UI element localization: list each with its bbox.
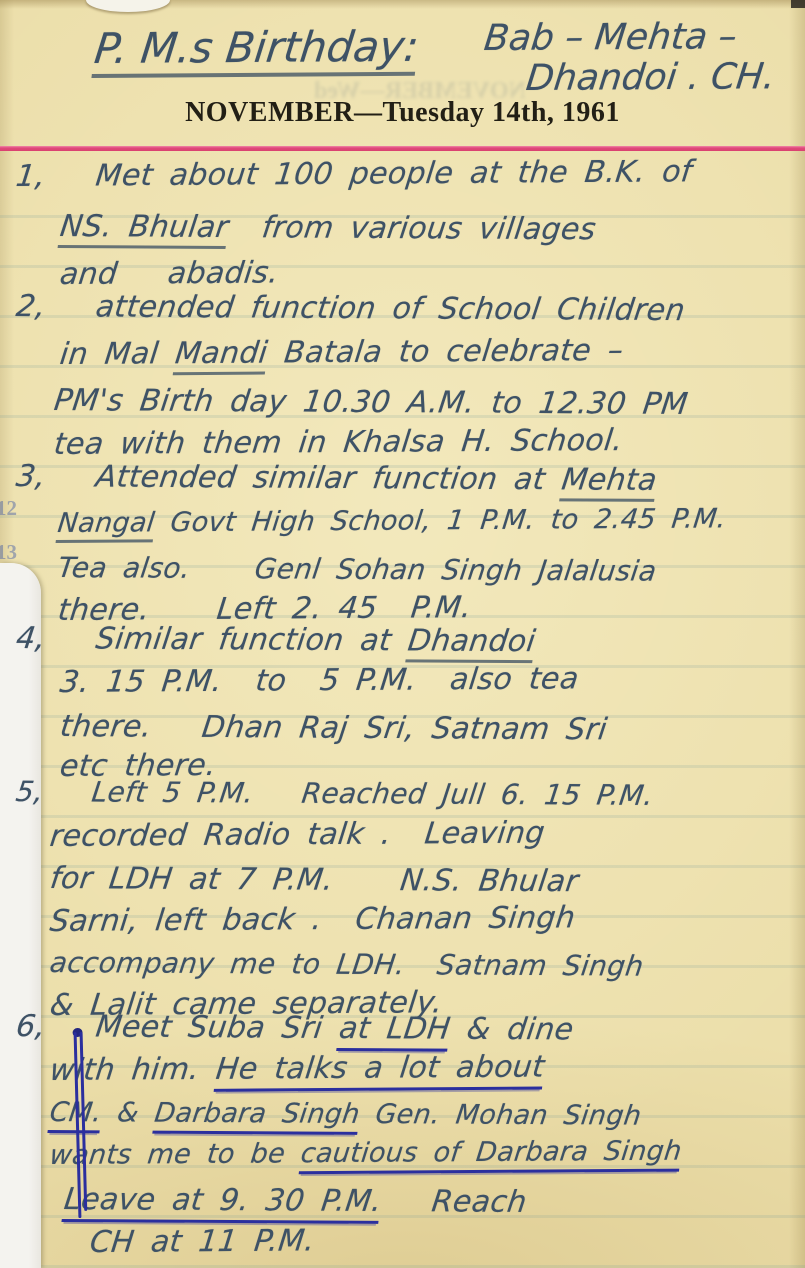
- handwriting-segment: at LDH: [336, 1011, 452, 1052]
- handwritten-line: Sarni, left back . Chanan Singh: [48, 901, 577, 939]
- page-edge-number: 13: [0, 540, 17, 565]
- handwriting-segment: cautious of Darbara Singh: [299, 1136, 684, 1175]
- handwriting-segment: 3. 15 P.M. to 5 P.M. also tea: [58, 661, 581, 700]
- handwriting-segment: 2, attended function of School Children: [14, 289, 687, 328]
- scan-area: NOVEMBER—Wed P. M.s Birthday: Bab – Meht…: [0, 0, 805, 1268]
- handwriting-segment: recorded Radio talk . Leaving: [48, 816, 547, 854]
- handwritten-line: and abadis.: [58, 256, 280, 292]
- handwriting-segment: Tea also. Genl Sohan Singh Jalalusia: [56, 551, 659, 588]
- handwriting-segment: & dine: [448, 1012, 576, 1048]
- handwriting-segment: 1, Met about 100 people at the B.K. of: [14, 154, 694, 194]
- handwritten-itinerary-line1: Bab – Mehta –: [482, 16, 739, 59]
- handwritten-line: Leave at 9. 30 P.M. Reach: [62, 1183, 529, 1220]
- handwritten-line: 5, Left 5 P.M. Reached Jull 6. 15 P.M.: [14, 776, 655, 812]
- handwriting-segment: PM's Birth day 10.30 A.M. to 12.30 PM: [52, 383, 690, 422]
- handwritten-line: 6, Meet Suba Sri at LDH & dine: [14, 1010, 576, 1048]
- handwriting-segment: there. Dhan Raj Sri, Satnam Sri: [58, 709, 609, 747]
- handwriting-segment: CH at 11 P.M.: [88, 1223, 317, 1260]
- handwriting-segment: Reach: [379, 1184, 529, 1220]
- handwritten-itinerary-line2: Dhandoi . CH.: [524, 56, 777, 99]
- handwriting-segment: Nangal: [56, 507, 157, 543]
- scan-corner-shadow: [791, 0, 805, 8]
- handwriting-segment: 6, Meet Suba Sri: [14, 1009, 342, 1046]
- handwriting-segment: for LDH at 7 P.M. N.S. Bhular: [48, 861, 581, 899]
- handwriting-segment: and abadis.: [58, 255, 281, 292]
- handwritten-title: P. M.s Birthday:: [92, 22, 421, 73]
- handwriting-segment: Govt High School, 1 P.M. to 2.45 P.M.: [153, 503, 728, 538]
- handwritten-line: wants me to be cautious of Darbara Singh: [48, 1136, 683, 1171]
- handwritten-title-text: P. M.s Birthday:: [91, 22, 421, 78]
- handwriting-segment: Dhandoi: [405, 623, 537, 663]
- backing-sheet-corner: [0, 563, 41, 1268]
- handwritten-line: CH at 11 P.M.: [88, 1224, 316, 1260]
- handwriting-segment: Mandi: [173, 336, 270, 376]
- handwriting-segment: &: [100, 1097, 157, 1128]
- handwriting-segment: He talks a lot about: [213, 1050, 546, 1092]
- handwriting-segment: Darbara Singh: [152, 1098, 362, 1135]
- handwriting-segment: NS. Bhular: [58, 209, 231, 249]
- handwriting-segment: Leave at 9. 30 P.M.: [61, 1182, 383, 1224]
- handwritten-line: Nangal Govt High School, 1 P.M. to 2.45 …: [56, 503, 728, 539]
- handwritten-line: 3. 15 P.M. to 5 P.M. also tea: [58, 662, 581, 700]
- handwriting-segment: Mehta: [559, 462, 659, 502]
- handwritten-line: with him. He talks a lot about: [48, 1051, 546, 1089]
- scanned-diary-page: { "document": { "header": { "handwritten…: [0, 0, 805, 1268]
- handwritten-line: 1, Met about 100 people at the B.K. of: [14, 155, 694, 194]
- handwritten-line: there. Dhan Raj Sri, Satnam Sri: [58, 710, 609, 748]
- handwritten-line: Tea also. Genl Sohan Singh Jalalusia: [56, 552, 658, 588]
- handwriting-segment: tea with them in Khalsa H. School.: [52, 423, 625, 462]
- pink-divider-rule: [0, 146, 805, 151]
- handwritten-line: PM's Birth day 10.30 A.M. to 12.30 PM: [52, 384, 690, 422]
- handwritten-line: CM. & Darbara Singh Gen. Mohan Singh: [48, 1097, 643, 1132]
- page-edge-number: 12: [0, 496, 17, 521]
- handwriting-segment: from various villages: [226, 210, 598, 247]
- handwriting-segment: Batala to celebrate –: [266, 333, 626, 370]
- handwriting-segment: 4, Similar function at: [14, 621, 410, 658]
- handwritten-line: tea with them in Khalsa H. School.: [52, 424, 625, 462]
- handwriting-segment: accompany me to LDH. Satnam Singh: [48, 946, 646, 983]
- handwritten-line: 4, Similar function at Dhandoi: [14, 622, 537, 660]
- handwritten-line: 3, Attended similar function at Mehta: [14, 460, 659, 498]
- handwriting-segment: Gen. Mohan Singh: [358, 1099, 643, 1132]
- handwritten-line: NS. Bhular from various villages: [58, 210, 598, 248]
- handwritten-line: recorded Radio talk . Leaving: [48, 817, 547, 855]
- handwritten-line: 2, attended function of School Children: [14, 290, 687, 329]
- handwriting-segment: Sarni, left back . Chanan Singh: [48, 900, 577, 939]
- printed-date-heading: NOVEMBER—Tuesday 14th, 1961: [0, 97, 805, 129]
- handwriting-segment: 5, Left 5 P.M. Reached Jull 6. 15 P.M.: [14, 775, 655, 812]
- handwritten-line: for LDH at 7 P.M. N.S. Bhular: [48, 862, 580, 900]
- handwriting-segment: 3, Attended similar function at: [14, 459, 564, 497]
- handwritten-line: in Mal Mandi Batala to celebrate –: [58, 334, 625, 372]
- handwritten-line: accompany me to LDH. Satnam Singh: [48, 947, 646, 983]
- handwriting-segment: in Mal: [58, 336, 177, 372]
